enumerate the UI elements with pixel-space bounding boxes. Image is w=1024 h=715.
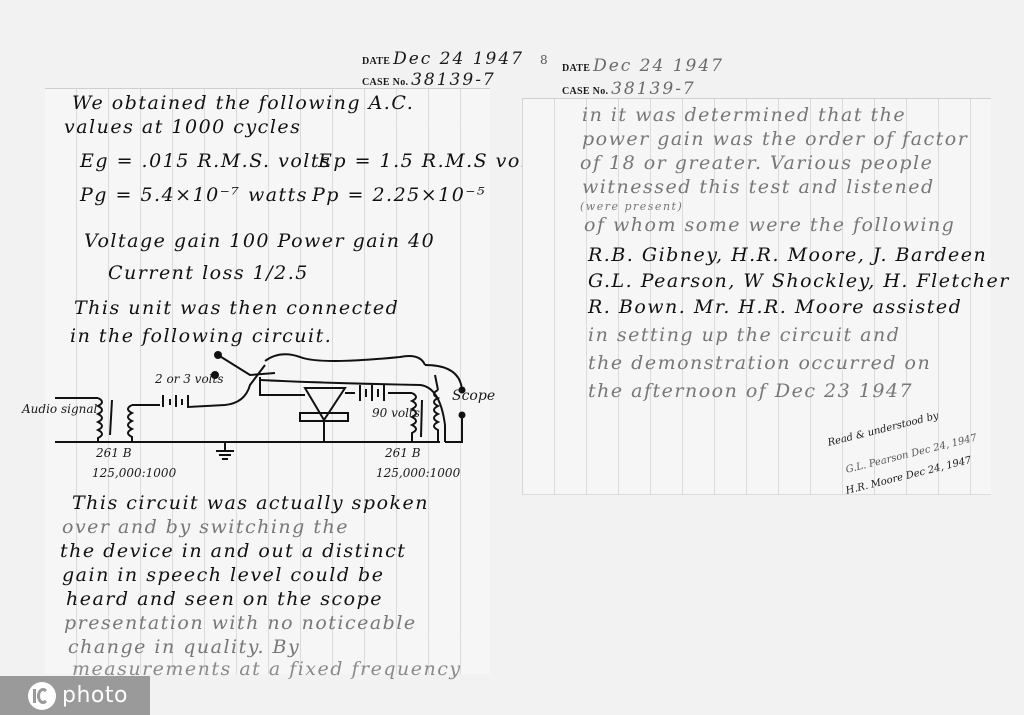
text-line: heard and seen on the scope [66, 588, 383, 610]
text-line: in setting up the circuit and [588, 324, 900, 346]
case-label: CASE No. [362, 77, 408, 88]
text-line: values at 1000 cycles [64, 116, 301, 138]
text-line: This unit was then connected [74, 297, 399, 319]
text-line: R.B. Gibney, H.R. Moore, J. Bardeen [588, 244, 987, 266]
text-line: over and by switching the [62, 516, 349, 538]
text-line: gain in speech level could be [62, 564, 384, 586]
transformer-left-model: 261 B [96, 446, 132, 460]
text-line: witnessed this test and listened [582, 176, 935, 198]
text-line: Current loss 1/2.5 [108, 262, 309, 284]
case-value: 38139-7 [411, 70, 496, 90]
text-line: the demonstration occurred on [588, 352, 931, 374]
case-label: CASE No. [562, 86, 608, 97]
watermark: photo [0, 676, 150, 715]
text-line: Pg = 5.4×10⁻⁷ watts [80, 184, 308, 206]
audio-signal-label: Audio signal [22, 402, 97, 416]
text-line: Ep = 1.5 R.M.S volts [318, 150, 549, 172]
text-line: change in quality. By [68, 636, 300, 658]
text-line: We obtained the following A.C. [72, 92, 414, 114]
text-line: of whom some were the following [584, 214, 955, 236]
date-value: Dec 24 1947 [593, 56, 724, 76]
page-number: 8 [540, 53, 548, 67]
date-value: Dec 24 1947 [393, 49, 524, 69]
text-line: the afternoon of Dec 23 1947 [588, 380, 913, 402]
text-line: power gain was the order of factor [582, 128, 968, 150]
page-header-left: DATE Dec 24 1947 CASE No. 38139-7 [362, 50, 524, 92]
text-line-annotation: (were present) [580, 200, 683, 213]
text-line: R. Bown. Mr. H.R. Moore assisted [588, 296, 962, 318]
scope-label: Scope [452, 388, 495, 404]
watermark-text: photo [62, 683, 128, 708]
page-header-right: DATE Dec 24 1947 CASE No. 38139-7 [562, 56, 724, 102]
text-line: in it was determined that the [582, 104, 906, 126]
date-label: DATE [362, 56, 390, 67]
date-label: DATE [562, 63, 590, 74]
battery-left-label: 2 or 3 volts [155, 372, 224, 386]
text-line: Pp = 2.25×10⁻⁵ [312, 184, 486, 206]
text-line: This circuit was actually spoken [72, 492, 429, 514]
text-line: in the following circuit. [70, 325, 332, 347]
transformer-right-ratio: 125,000:1000 [376, 466, 460, 480]
text-line: G.L. Pearson, W Shockley, H. Fletcher [588, 270, 1010, 292]
battery-right-label: 90 volts [372, 406, 420, 420]
text-line: Eg = .015 R.M.S. volts [80, 150, 331, 172]
text-line: of 18 or greater. Various people [580, 152, 933, 174]
text-line: the device in and out a distinct [60, 540, 406, 562]
text-line: presentation with no noticeable [64, 612, 417, 634]
ic-logo-icon [28, 682, 56, 710]
transformer-right-model: 261 B [385, 446, 421, 460]
transformer-left-ratio: 125,000:1000 [92, 466, 176, 480]
case-value: 38139-7 [611, 79, 696, 99]
text-line: Voltage gain 100 Power gain 40 [84, 230, 435, 252]
